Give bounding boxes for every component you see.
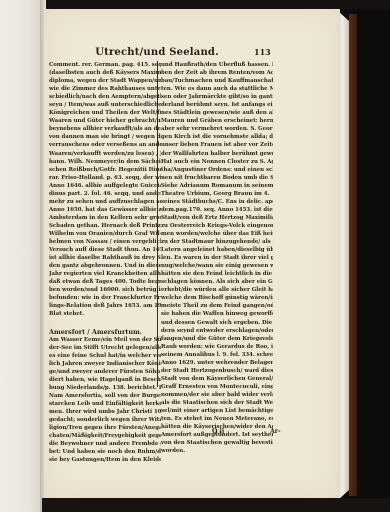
top-dark-band	[44, 0, 390, 9]
text-line: men worden/welche über das Eiß heimlich	[161, 230, 273, 238]
text-line: starcken Leib und Einfältigkeit herkom-	[49, 400, 161, 408]
text-line: Blat stehet.	[49, 310, 161, 318]
text-line: seyn / Item/was auß unterschiedlichen	[49, 101, 161, 109]
running-head: Utrecht/und Seeland.	[48, 47, 266, 59]
text-line: Theatro Urbium, Georg Braun im 4.	[161, 190, 273, 198]
text-line: nug/welche/wann sie einig gewesen wären/	[161, 262, 273, 270]
text-line: Siehe Adrianum Romanum in seinem	[161, 182, 273, 190]
text-line: nes Städtlein gewesen/wie auß den alten	[161, 109, 273, 117]
text-line: Stadt von dem Käyserlichen General/	[161, 375, 273, 383]
text-line: hätten sie den Feind leichtlich in die F…	[161, 270, 273, 278]
text-line: (daselbsten auch deß Käysers Maximilians	[49, 69, 161, 77]
text-line: von den Staatischen gewaltig bevestiget	[161, 439, 273, 447]
text-line: ten. Es stehet im Neuen Meterano, es	[161, 415, 273, 423]
text-line: der-See im Stifft Utrecht gelegen/allda	[49, 344, 161, 352]
text-line: bet: Und haben sie noch den Ruhm/daß	[49, 448, 161, 456]
text-line: Comment. rer. German. pag. 415. seqq.	[49, 61, 161, 69]
text-line: rar. Friso-Holland. p. 63. seqq. der wie…	[49, 174, 161, 182]
text-line: zu Oesterreich Kriegs-Volck eingenom-	[161, 222, 273, 230]
text-line: Stadt/von deß Ertz Hertzog Maximilians	[161, 214, 273, 222]
text-line: ten. Wie es dann auch da stattliche Mch-	[161, 85, 273, 93]
text-line: mehr zu sehen und auffzuschlagen seyn.	[49, 198, 161, 206]
text-line: helmen von Nassau / einen vergeblichen	[49, 238, 161, 246]
text-line: nen nit fruchtbaren Boden umb die Stadt.	[161, 174, 273, 182]
text-line: len. Es waren in der Stadt ihrer viel ge…	[161, 254, 273, 262]
text-line: lich Jahren zweyer Indianischer Köni-	[49, 360, 161, 368]
text-line: Königreichen und Theilen der Welt/für	[49, 109, 161, 117]
text-line: Waaren und Güter hieher gebracht/und	[49, 117, 161, 125]
text-line: Waaren/verkaufft werden/zu lesen) / Jo-	[49, 150, 161, 158]
text-line: dem.pag.170. seq. Anno 1453. ist diese	[161, 206, 273, 214]
text-line: sen oder Jahrmärckte gibt/so in gantz Ni…	[161, 93, 273, 101]
text-line: ben der Zeit ab ihrem Renten/vom Acker-	[161, 69, 273, 77]
text-line: men. Ihrer wird umbs Jahr Christi 1005.	[49, 408, 161, 416]
text-line: Anno 1646. allhie auffgelegte Guicciar-	[49, 182, 161, 190]
section-heading-amersfort: Amersfort / Amersfurtum.	[49, 328, 161, 336]
text-line: wie die Zimmer des Rahthauses unter-	[49, 85, 161, 93]
amersfort-paragraph: Am Wasser Eeme/ein Meil von der Süyd-der…	[49, 336, 161, 465]
text-line: Versuch auff diese Stadt thun. An 1651.	[49, 246, 161, 254]
text-line: ben worden/und 16000. sich betrüglich	[49, 286, 161, 294]
left-facing-page	[0, 0, 42, 512]
text-line: von dannen man sie bringt / wegen deß	[49, 133, 161, 141]
text-line: Jahr regierten viel Kranckheiten allhie/…	[49, 270, 161, 278]
text-line: daß etwan deß Tages 400. Todte begra-	[49, 278, 161, 286]
text-line: sel/mit einer artigen List bemächtiget h…	[161, 407, 273, 415]
text-line: den gantz abgebronnen. Und in diesem	[49, 262, 161, 270]
text-line: diploma, wegen der Stadt Wappen/und	[49, 77, 161, 85]
text-line: lings-Relation deß Jahrs 1653. am 19.	[49, 302, 161, 310]
text-line: gedacht; sonderlich wegen ihrer Witz/Re-	[49, 416, 161, 424]
text-line: welche dem Bischoff günstig wären/ist de…	[161, 294, 273, 302]
right-paragraph: und Haußrath/den Uberfluß hassen. Le-ben…	[161, 61, 273, 455]
page-block-edge	[338, 11, 349, 500]
catchword: Ar-	[270, 428, 281, 435]
text-line: bau/Tuchmachen und Kauffmanschaff-	[161, 77, 273, 85]
text-line: Latern angeleinet haben/dieselbig überfa…	[161, 246, 273, 254]
text-line: Am Wasser Eeme/ein Meil von der Süyd-	[49, 336, 161, 344]
leather-cover-edge	[349, 14, 357, 496]
text-line: die Beywohner und andere Frembde gele-	[49, 440, 161, 448]
text-line: und dessen Gewalt sich ergeben. Die an-	[161, 319, 273, 327]
text-line: der Stadt Hertzogenbusch/ ward diese	[161, 367, 273, 375]
text-line: schlagen können. Als sich aber ein Gesch…	[161, 278, 273, 286]
left-paragraph: Comment. rer. German. pag. 415. seqq.(da…	[49, 61, 161, 319]
text-line: ligion/Treu gegen ihre Fürsten/Anega-	[49, 424, 161, 432]
text-line: seines Städtbuchs/C. Ens in delic. apo-	[161, 198, 273, 206]
text-line: Nam Amersfortia, soll von der Burger	[49, 392, 161, 400]
text-line: Hat auch ein Nonnen Closter zu S. Aga-	[161, 158, 273, 166]
text-line: fangen/und die Güter dem Kriegsvolck zu	[161, 335, 273, 343]
signature-mark: Q ij	[212, 428, 224, 435]
text-line: schiedlich/nach den Aemptern/abgetheilet	[49, 93, 161, 101]
text-line: als die Staatischen sich der Stadt Wes-	[161, 399, 273, 407]
text-line: erhebt/die würden alle sicher Gleit habe…	[161, 286, 273, 294]
text-line: ist allhie daselbe Rahthauß in drey Stun…	[49, 254, 161, 262]
text-line: sie bey Gastungen/Item in den Kleidern/	[49, 456, 161, 464]
text-line: schen Reißbuch/Gotfr. Hegenitii Itine-	[49, 166, 161, 174]
text-line: derland berühmt seyn. Ist anfangs ein kl…	[161, 101, 273, 109]
text-line: unser lieben Frauen ist aber vor Zeiten/	[161, 141, 273, 149]
text-line: beynebens allhier verkaufft/als an dem O…	[49, 125, 161, 133]
text-line: der Wallfahrten halber berühmt gewesen.	[161, 150, 273, 158]
text-line: Mauren und Gräben erscheinet: hernach	[161, 117, 273, 125]
text-line: zu der Stadtmaur hinzugehende/ als sie	[161, 238, 273, 246]
text-line: seinem Annalibus l. 9. fol. 334. schreib…	[161, 351, 273, 359]
text-line: Schaden gethan. Hernach deß Printz	[49, 222, 161, 230]
text-line: befunden: wie in der Franckfurter Früh-	[49, 294, 161, 302]
text-line: dinus part. 2. fol. 46. seqq. und andere	[49, 190, 161, 198]
bottom-dark-band	[42, 498, 390, 512]
text-line: chaten/Mäßigkeit/Freygebigkeit gegen	[49, 432, 161, 440]
text-line: aber sehr vermehret worden. S. Geor-	[161, 125, 273, 133]
text-line: Anno 1629. unter wehrender Belagerung	[161, 359, 273, 367]
text-line: ge/und zweyer anderer Fürsten Söhn stu-	[49, 368, 161, 376]
text-line: hann. Wilh. Neumeyer/in dem Sächsi-	[49, 158, 161, 166]
text-line: Anno 1650. hat das Gewässer allhie zu	[49, 206, 161, 214]
text-line: es eine feine Schul hat/in welcher vor e…	[49, 352, 161, 360]
text-line: bung Niederlands/p. 138. berichtet. Der	[49, 384, 161, 392]
text-line: nommen/der sie aber bald wider verlassen…	[161, 391, 273, 399]
text-line: Raub worden: wie Gerardus de Roo, in	[161, 343, 273, 351]
text-line: Ambsterdam in den Kellern sehr grossen	[49, 214, 161, 222]
text-line: Wilhelm von Oranien/durch Graf Wil-	[49, 230, 161, 238]
text-line: worden.	[161, 447, 273, 455]
left-text-column: Comment. rer. German. pag. 415. seqq.(da…	[49, 61, 161, 464]
text-line: diert haben, wie Hagelganß in Beschrei-	[49, 376, 161, 384]
text-line: dern seynd entweder erschlagen/oder ge-	[161, 327, 273, 335]
text-line: verrauschens oder verseßens an andere	[49, 141, 161, 149]
text-line: sie haben die Waffen hinweg geworffen/	[161, 310, 273, 318]
text-line: tha/Augustiner Ordens: und einen schö-	[161, 166, 273, 174]
text-line: Graff Ernesten von Montecuculi, einge-	[161, 383, 273, 391]
right-text-column: und Haußrath/den Uberfluß hassen. Le-ben…	[161, 61, 273, 455]
text-line: meiste Theil zu dem Feind gangen/oder	[161, 302, 273, 310]
text-line: gen Kirch ist die vornehmste allda; die …	[161, 133, 273, 141]
page-number: 113	[254, 47, 271, 57]
text-line: und Haußrath/den Uberfluß hassen. Le-	[161, 61, 273, 69]
